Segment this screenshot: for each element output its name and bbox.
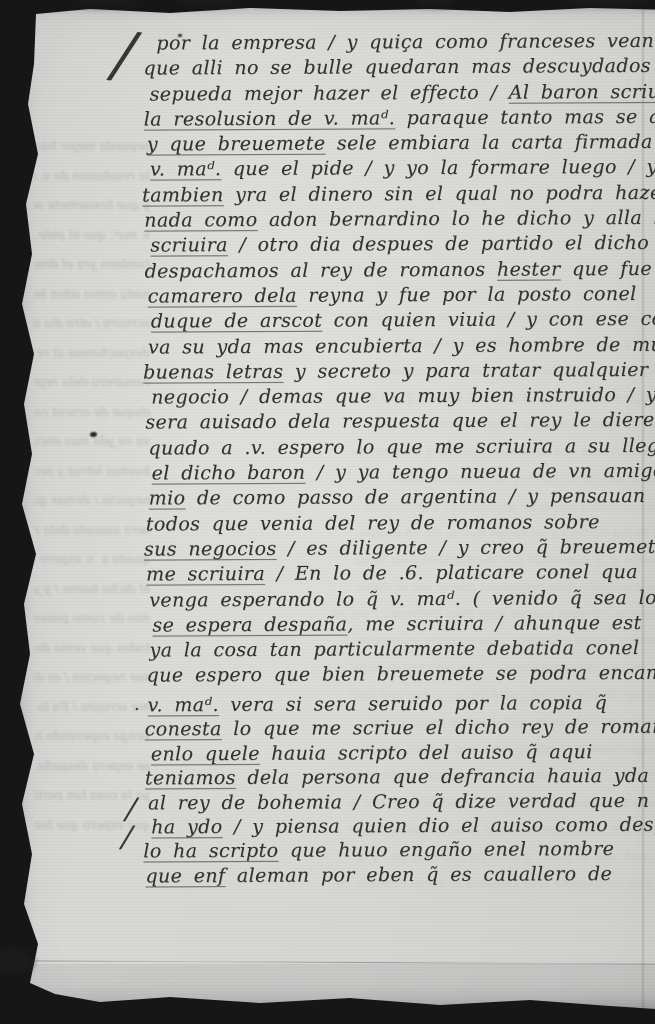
bleedthrough-line: tambien yra el dinero sin el qual no pod… bbox=[34, 250, 150, 280]
bleedthrough-text-left: sepueda mejor hazer el effecto / Al baro… bbox=[34, 132, 150, 888]
handwritten-text: que huuo engaño enel nombre bbox=[278, 838, 614, 862]
bleedthrough-line: negocio / demas que va muy bien instruid… bbox=[34, 486, 150, 516]
manuscript-line: v. maᵈ. vera si sera seruido por la copi… bbox=[147, 691, 655, 718]
handwritten-text: aleman por eben q̃ es cauallero de bbox=[225, 863, 612, 887]
bleedthrough-line: duque de arscot con quien viuia / y con … bbox=[34, 398, 150, 428]
handwritten-text: que espero que bien breuemete se podra e… bbox=[147, 662, 655, 687]
edge-smudge bbox=[560, 0, 650, 5]
bleedthrough-line: y que breuemete sele embiara la carta fi… bbox=[34, 191, 150, 221]
handwritten-text: paraque tanto mas se aperci bbox=[395, 105, 655, 129]
bleedthrough-line: buenas letras y secreto y para tratar qu… bbox=[34, 457, 150, 487]
handwritten-text: dela persona que defrancia hauia yda bbox=[236, 765, 649, 789]
manuscript-line: y que breuemete sele embiara la carta fi… bbox=[147, 130, 655, 158]
manuscript-paragraph-2: v. maᵈ. vera si sera seruido por la copi… bbox=[147, 691, 655, 889]
bleedthrough-line: la resolusion de v. maᵈ. paraque tanto m… bbox=[160, 898, 655, 904]
bleedthrough-line: me scriuira / En lo de .6. platicare con… bbox=[34, 693, 150, 723]
manuscript-line: venga esperando lo q̃ v. maᵈ. ( venido q… bbox=[149, 585, 655, 613]
underlined-text: duque de arscot bbox=[151, 310, 323, 333]
underlined-text: scriuira bbox=[150, 234, 228, 256]
manuscript-line: todos que venia del rey de romanos sobre bbox=[146, 509, 655, 537]
handwritten-text: sepueda mejor hazer el effecto / bbox=[150, 81, 509, 105]
manuscript-photo: sepueda mejor hazer el effecto / Al baro… bbox=[0, 0, 655, 1024]
bleedthrough-line: scriuira / otro dia despues de partido e… bbox=[34, 309, 150, 339]
handwritten-text: / otro dia despues de partido el dicho b… bbox=[228, 232, 655, 257]
manuscript-line: sepueda mejor hazer el effecto / Al baro… bbox=[150, 79, 655, 107]
handwritten-text: , me scriuira / ahunque est bbox=[347, 612, 641, 636]
manuscript-line: tambien yra el dinero sin el qual no pod… bbox=[142, 180, 655, 208]
manuscript-line: ha ydo / y piensa quien dio el auiso com… bbox=[151, 813, 655, 840]
manuscript-line: que enf aleman por eben q̃ es cauallero … bbox=[145, 861, 655, 888]
manuscript-line: me scriuira / En lo de .6. platicare con… bbox=[146, 560, 655, 588]
bleedthrough-line: camarero dela reyna y fue por la posto c… bbox=[34, 368, 150, 398]
manuscript-line: buenas letras y secreto y para tratar qu… bbox=[143, 357, 655, 385]
handwritten-text: que el pide / y yo la formare luego / y … bbox=[221, 156, 655, 180]
edge-smudge bbox=[415, 0, 455, 7]
underlined-text: el dicho baron bbox=[152, 462, 306, 485]
bleedthrough-line: sepueda mejor hazer el effecto / Al baro… bbox=[34, 132, 150, 162]
underlined-text: camarero dela bbox=[148, 285, 297, 308]
edge-smudge bbox=[175, 0, 235, 7]
handwritten-text: por la empresa / y quiça como franceses … bbox=[156, 30, 654, 55]
handwritten-text: lo que me scriue el dicho rey de roman bbox=[222, 716, 655, 740]
underlined-text: sus negocios bbox=[144, 538, 277, 561]
margin-slash-mark: / bbox=[110, 17, 138, 92]
manuscript-line: ya la cosa tan particularmente debatida … bbox=[149, 636, 655, 664]
underlined-text: nada como bbox=[144, 209, 257, 232]
manuscript-line: v. maᵈ. que el pide / y yo la formare lu… bbox=[150, 155, 655, 183]
manuscript-line: sus negocios / es diligente / y creo q̃ … bbox=[144, 534, 655, 562]
underlined-text: ha ydo bbox=[151, 816, 222, 838]
underlined-text: me scriuira bbox=[146, 563, 265, 586]
underlined-text: conesta bbox=[145, 718, 222, 740]
bleedthrough-line: se espera despaña, me scriuira / ahunque… bbox=[34, 752, 150, 782]
handwritten-text: sera auisado dela respuesta que el rey l… bbox=[145, 409, 654, 434]
underlined-text: lo ha scripto bbox=[143, 840, 278, 863]
bottom-fold-shading bbox=[10, 964, 655, 1010]
handwritten-text: sele embiara la carta firmada de bbox=[325, 131, 655, 155]
edge-smudge bbox=[70, 0, 140, 7]
manuscript-line: scriuira / otro dia despues de partido e… bbox=[150, 231, 655, 259]
bleedthrough-line: que espero que bien breuemete se podra e… bbox=[34, 811, 150, 841]
bleedthrough-line: venga esperando lo q̃ v. maᵈ. ( venido q… bbox=[34, 722, 150, 752]
bleedthrough-line: sus negocios / es diligente / y creo q̃ … bbox=[34, 663, 150, 693]
handwritten-text: / es diligente / y creo q̃ breuemete bbox=[277, 536, 655, 560]
bleedthrough-line: el dicho baron / y ya tengo nueua de vn … bbox=[34, 575, 150, 605]
bleedthrough-line: nada como adon bernardino lo he dicho y … bbox=[34, 280, 150, 310]
handwritten-text: / y piensa quien dio el auiso como despu bbox=[222, 814, 655, 838]
underlined-text: la resolusion de v. maᵈ. bbox=[144, 107, 396, 130]
handwritten-text: que fue bbox=[560, 258, 652, 280]
underlined-text: v. maᵈ. bbox=[150, 159, 221, 181]
underlined-text: v. maᵈ. bbox=[147, 694, 218, 716]
bleedthrough-line: todos que venia del rey de romanos sobre bbox=[34, 634, 150, 664]
handwritten-text: vera si sera seruido por la copia q̃ bbox=[219, 692, 607, 716]
bleedthrough-line: sera auisado dela respuesta que el rey l… bbox=[34, 516, 150, 546]
handwritten-text: con quien viuia / y con ese colo bbox=[322, 308, 655, 332]
manuscript-line: el dicho baron / y ya tengo nueua de vn … bbox=[152, 459, 655, 487]
handwritten-text: / En lo de .6. platicare conel qua bbox=[265, 561, 638, 585]
underlined-text: se espera despaña bbox=[152, 613, 347, 636]
manuscript-line: la resolusion de v. maᵈ. paraque tanto m… bbox=[144, 104, 655, 132]
manuscript-line: sera auisado dela respuesta que el rey l… bbox=[145, 408, 655, 436]
edge-smudge bbox=[0, 948, 34, 974]
handwritten-text: al rey de bohemia / Creo q̃ dize verdad … bbox=[148, 789, 649, 814]
manuscript-line: conesta lo que me scriue el dicho rey de… bbox=[145, 715, 655, 742]
manuscript-line: camarero dela reyna y fue por la posto c… bbox=[148, 281, 655, 309]
margin-dot-mark: . bbox=[134, 694, 140, 715]
manuscript-line: teniamos dela persona que defrancia haui… bbox=[145, 764, 655, 791]
underlined-text: buenas letras bbox=[143, 361, 283, 384]
handwritten-text: hauia scripto del auiso q̃ aqui bbox=[260, 741, 593, 765]
handwritten-text: quado a .v. espero lo que me scriuira a … bbox=[148, 435, 655, 460]
bleedthrough-line: v. maᵈ. que el pide / y yo la formare lu… bbox=[34, 221, 150, 251]
manuscript-line: enlo quele hauia scripto del auiso q̃ aq… bbox=[151, 739, 655, 766]
underlined-text: tambien bbox=[142, 184, 224, 206]
underlined-text: teniamos bbox=[145, 767, 236, 789]
manuscript-line: que espero que bien breuemete se podra e… bbox=[147, 661, 655, 689]
manuscript-line: va su yda mas encubierta / y es hombre d… bbox=[148, 332, 655, 360]
manuscript-line: nada como adon bernardino lo he dicho y … bbox=[144, 206, 655, 234]
handwritten-text: y secreto y para tratar qualquier bbox=[283, 359, 648, 383]
bleedthrough-line: la resolusion de v. maᵈ. paraque tanto m… bbox=[34, 162, 150, 192]
handwritten-text: adon bernardino lo he dicho y alla lo bbox=[257, 207, 655, 231]
underlined-text: y que breuemete bbox=[147, 133, 326, 156]
manuscript-line: que alli no se bulle quedaran mas descuy… bbox=[143, 54, 655, 82]
manuscript-line: duque de arscot con quien viuia / y con … bbox=[151, 307, 655, 335]
handwritten-text: que alli no se bulle quedaran mas descuy… bbox=[143, 55, 655, 80]
handwritten-text: venga esperando lo q̃ v. maᵈ. ( venido q… bbox=[149, 586, 655, 611]
manuscript-line: quado a .v. espero lo que me scriuira a … bbox=[148, 433, 655, 461]
handwritten-text: yra el dinero sin el qual no podra hazer bbox=[224, 182, 655, 206]
manuscript-line: despachamos al rey de romanos hester que… bbox=[144, 256, 655, 284]
handwritten-text: va su yda mas encubierta / y es hombre d… bbox=[148, 333, 655, 358]
bleedthrough-line: ya la cosa tan particularmente debatida … bbox=[34, 781, 150, 811]
margin-slash-mark: / bbox=[121, 820, 134, 856]
handwritten-text: ya la cosa tan particularmente debatida … bbox=[149, 637, 639, 662]
handwritten-text: / y ya tengo nueua de vn amigo bbox=[305, 460, 655, 484]
underlined-text: enlo quele bbox=[151, 743, 260, 766]
handwritten-text: despachamos al rey de romanos bbox=[144, 258, 497, 282]
handwritten-text: negocio / demas que va muy bien instruid… bbox=[151, 384, 655, 409]
handwritten-text: reyna y fue por la posto conel bbox=[297, 283, 637, 307]
bleedthrough-line: mio de como passo de argentina / y pensa… bbox=[34, 604, 150, 634]
bleedthrough-line: quado a .v. espero lo que me scriuira a … bbox=[34, 545, 150, 575]
handwritten-text: todos que venia del rey de romanos sobre bbox=[146, 511, 600, 535]
manuscript-line: negocio / demas que va muy bien instruid… bbox=[151, 383, 655, 411]
handwritten-text: de como passo de argentina / y pensauan bbox=[185, 485, 645, 509]
manuscript-line: mio de como passo de argentina / y pensa… bbox=[149, 484, 655, 512]
manuscript-page: sepueda mejor hazer el effecto / Al baro… bbox=[10, 4, 655, 1010]
margin-slash-mark: / bbox=[125, 792, 138, 828]
manuscript-line: al rey de bohemia / Creo q̃ dize verdad … bbox=[148, 788, 655, 815]
bleedthrough-line: despachamos al rey de romanos hester que… bbox=[34, 339, 150, 369]
manuscript-line: lo ha scripto que huuo engaño enel nombr… bbox=[143, 837, 655, 864]
underlined-text: Al baron scriui bbox=[509, 80, 655, 103]
manuscript-paragraph-1: por la empresa / y quiça como franceses … bbox=[146, 28, 655, 689]
ink-blot bbox=[90, 432, 97, 437]
manuscript-line: por la empresa / y quiça como franceses … bbox=[156, 28, 655, 56]
manuscript-line: se espera despaña, me scriuira / ahunque… bbox=[152, 610, 655, 638]
underlined-text: que enf bbox=[145, 865, 225, 887]
underlined-text: mio bbox=[149, 488, 186, 510]
underlined-text: hester bbox=[497, 258, 561, 280]
